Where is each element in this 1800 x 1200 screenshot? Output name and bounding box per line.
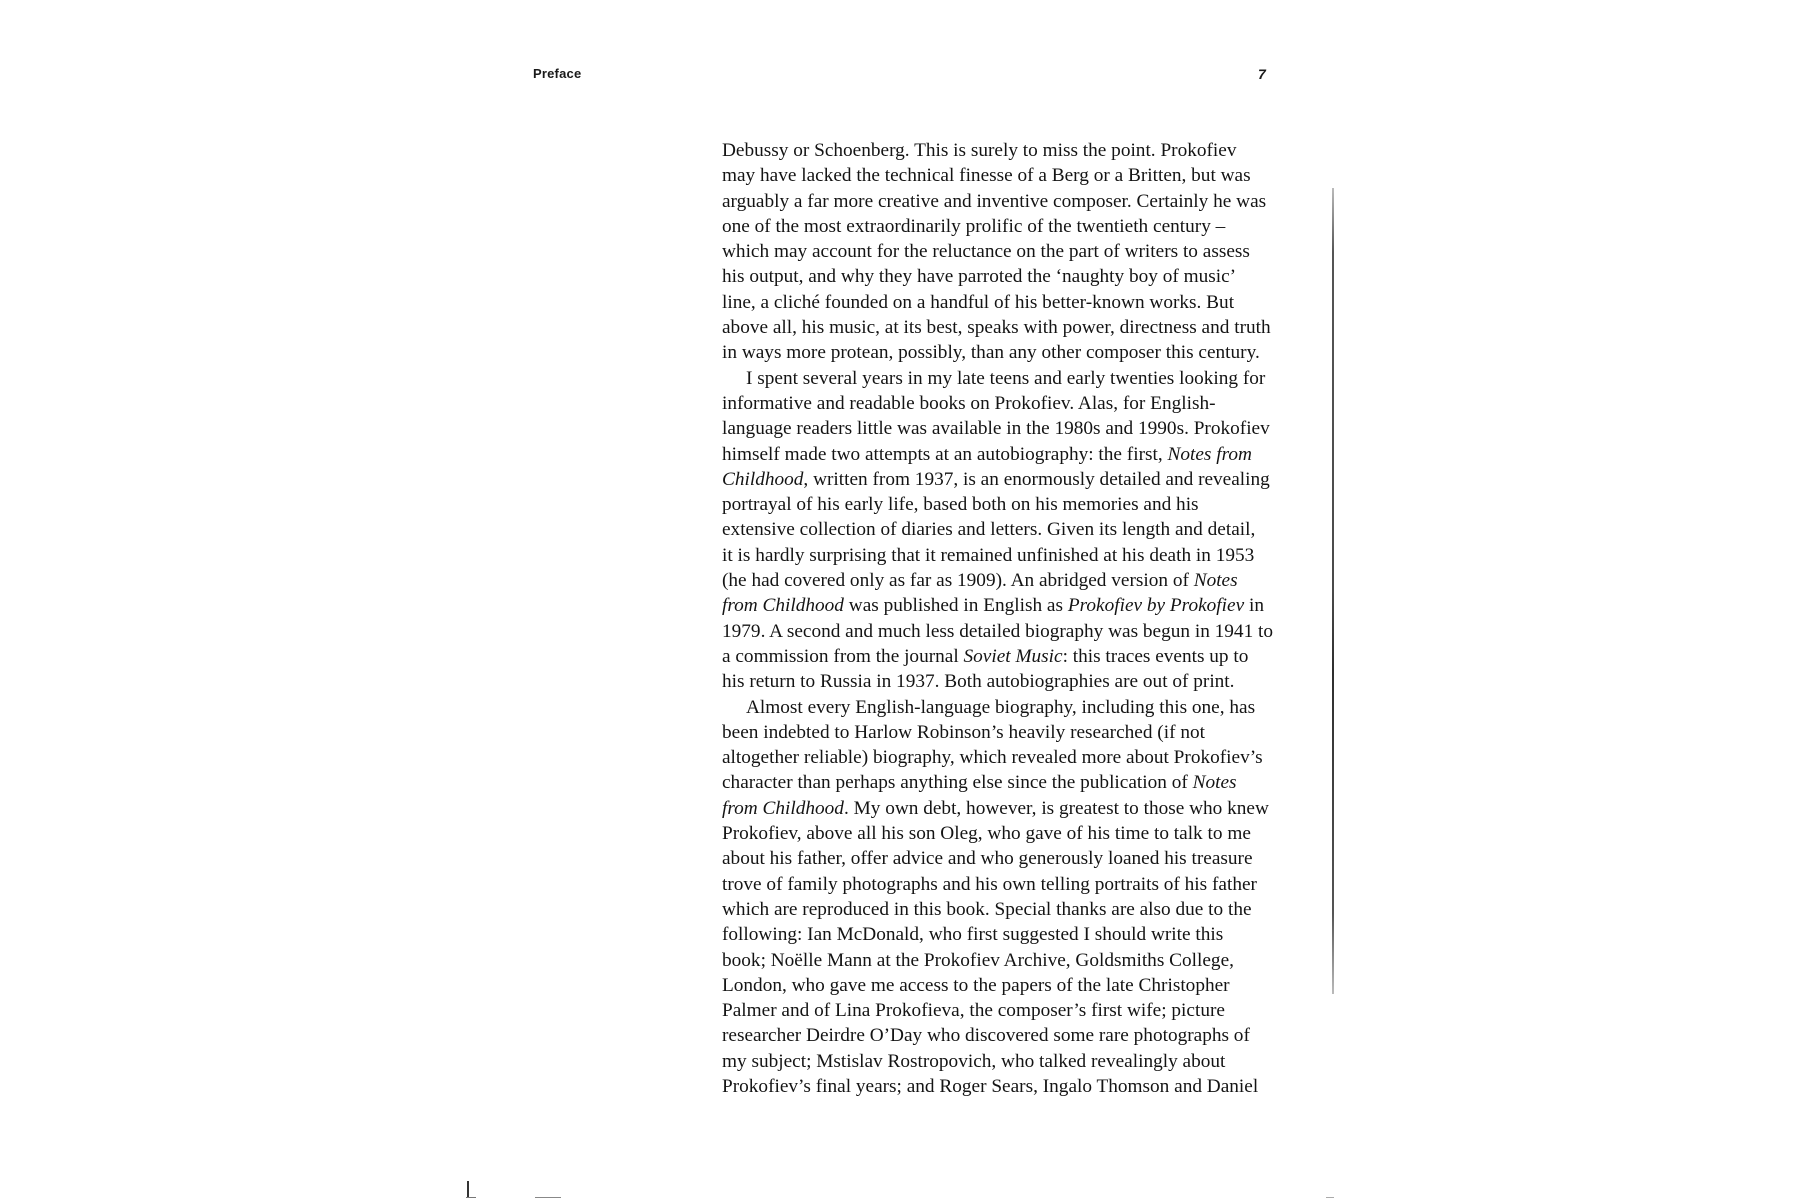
text-run: in [1244,595,1264,616]
text-run: (he had covered only as far as 1909). An… [722,570,1194,591]
text-line: extensive collection of diaries and lett… [722,517,1267,542]
italic-title: from Childhood [722,798,844,819]
text-line: which may account for the reluctance on … [722,239,1267,264]
body-text: Debussy or Schoenberg. This is surely to… [722,138,1267,1099]
text-line: character than perhaps anything else sin… [722,770,1267,795]
text-line: Prokofiev’s final years; and Roger Sears… [722,1074,1267,1099]
text-line: himself made two attempts at an autobiog… [722,442,1267,467]
text-line: Almost every English-language biography,… [722,695,1267,720]
text-line: a commission from the journal Soviet Mus… [722,644,1267,669]
italic-title: Soviet Music [964,646,1063,667]
text-line: Palmer and of Lina Prokofieva, the compo… [722,998,1267,1023]
crop-mark-icon [467,1181,469,1198]
text-line: following: Ian McDonald, who first sugge… [722,922,1267,947]
text-line: I spent several years in my late teens a… [722,366,1267,391]
text-line: portrayal of his early life, based both … [722,492,1267,517]
text-line: it is hardly surprising that it remained… [722,543,1267,568]
text-line: line, a cliché founded on a handful of h… [722,290,1267,315]
text-line: London, who gave me access to the papers… [722,973,1267,998]
text-line: informative and readable books on Prokof… [722,391,1267,416]
text-line: book; Noëlle Mann at the Prokofiev Archi… [722,948,1267,973]
gutter-rule [1332,188,1334,994]
text-line: Childhood, written from 1937, is an enor… [722,467,1267,492]
text-line: 1979. A second and much less detailed bi… [722,619,1267,644]
text-run: . My own debt, however, is greatest to t… [844,798,1269,819]
italic-title: Notes [1193,772,1237,793]
text-line: may have lacked the technical finesse of… [722,163,1267,188]
text-line: Debussy or Schoenberg. This is surely to… [722,138,1267,163]
italic-title: from Childhood [722,595,844,616]
italic-title: Notes [1194,570,1238,591]
text-line: trove of family photographs and his own … [722,872,1267,897]
text-line: from Childhood was published in English … [722,593,1267,618]
text-line: altogether reliable) biography, which re… [722,745,1267,770]
text-line: about his father, offer advice and who g… [722,846,1267,871]
running-title: Preface [533,66,581,81]
text-run: himself made two attempts at an autobiog… [722,444,1168,465]
crop-mark-right [1326,1197,1334,1198]
text-line: (he had covered only as far as 1909). An… [722,568,1267,593]
text-line: one of the most extraordinarily prolific… [722,214,1267,239]
text-line: his output, and why they have parroted t… [722,264,1267,289]
crop-mark-dash [535,1197,561,1198]
text-line: researcher Deirdre O’Day who discovered … [722,1023,1267,1048]
text-run: a commission from the journal [722,646,964,667]
text-line: in ways more protean, possibly, than any… [722,340,1267,365]
italic-title: Childhood [722,469,803,490]
text-run: , written from 1937, is an enormously de… [803,469,1269,490]
text-line: my subject; Mstislav Rostropovich, who t… [722,1049,1267,1074]
italic-title: Notes from [1168,444,1252,465]
text-run: character than perhaps anything else sin… [722,772,1193,793]
text-line: Prokofiev, above all his son Oleg, who g… [722,821,1267,846]
text-line: from Childhood. My own debt, however, is… [722,796,1267,821]
text-line: language readers little was available in… [722,416,1267,441]
page-number: 7 [1258,66,1266,82]
text-line: arguably a far more creative and inventi… [722,189,1267,214]
text-line: which are reproduced in this book. Speci… [722,897,1267,922]
crop-mark-base [466,1197,476,1198]
italic-title: Prokofiev by Prokofiev [1068,595,1244,616]
text-line: been indebted to Harlow Robinson’s heavi… [722,720,1267,745]
text-line: his return to Russia in 1937. Both autob… [722,669,1267,694]
text-run: was published in English as [844,595,1068,616]
text-run: : this traces events up to [1063,646,1249,667]
text-line: above all, his music, at its best, speak… [722,315,1267,340]
